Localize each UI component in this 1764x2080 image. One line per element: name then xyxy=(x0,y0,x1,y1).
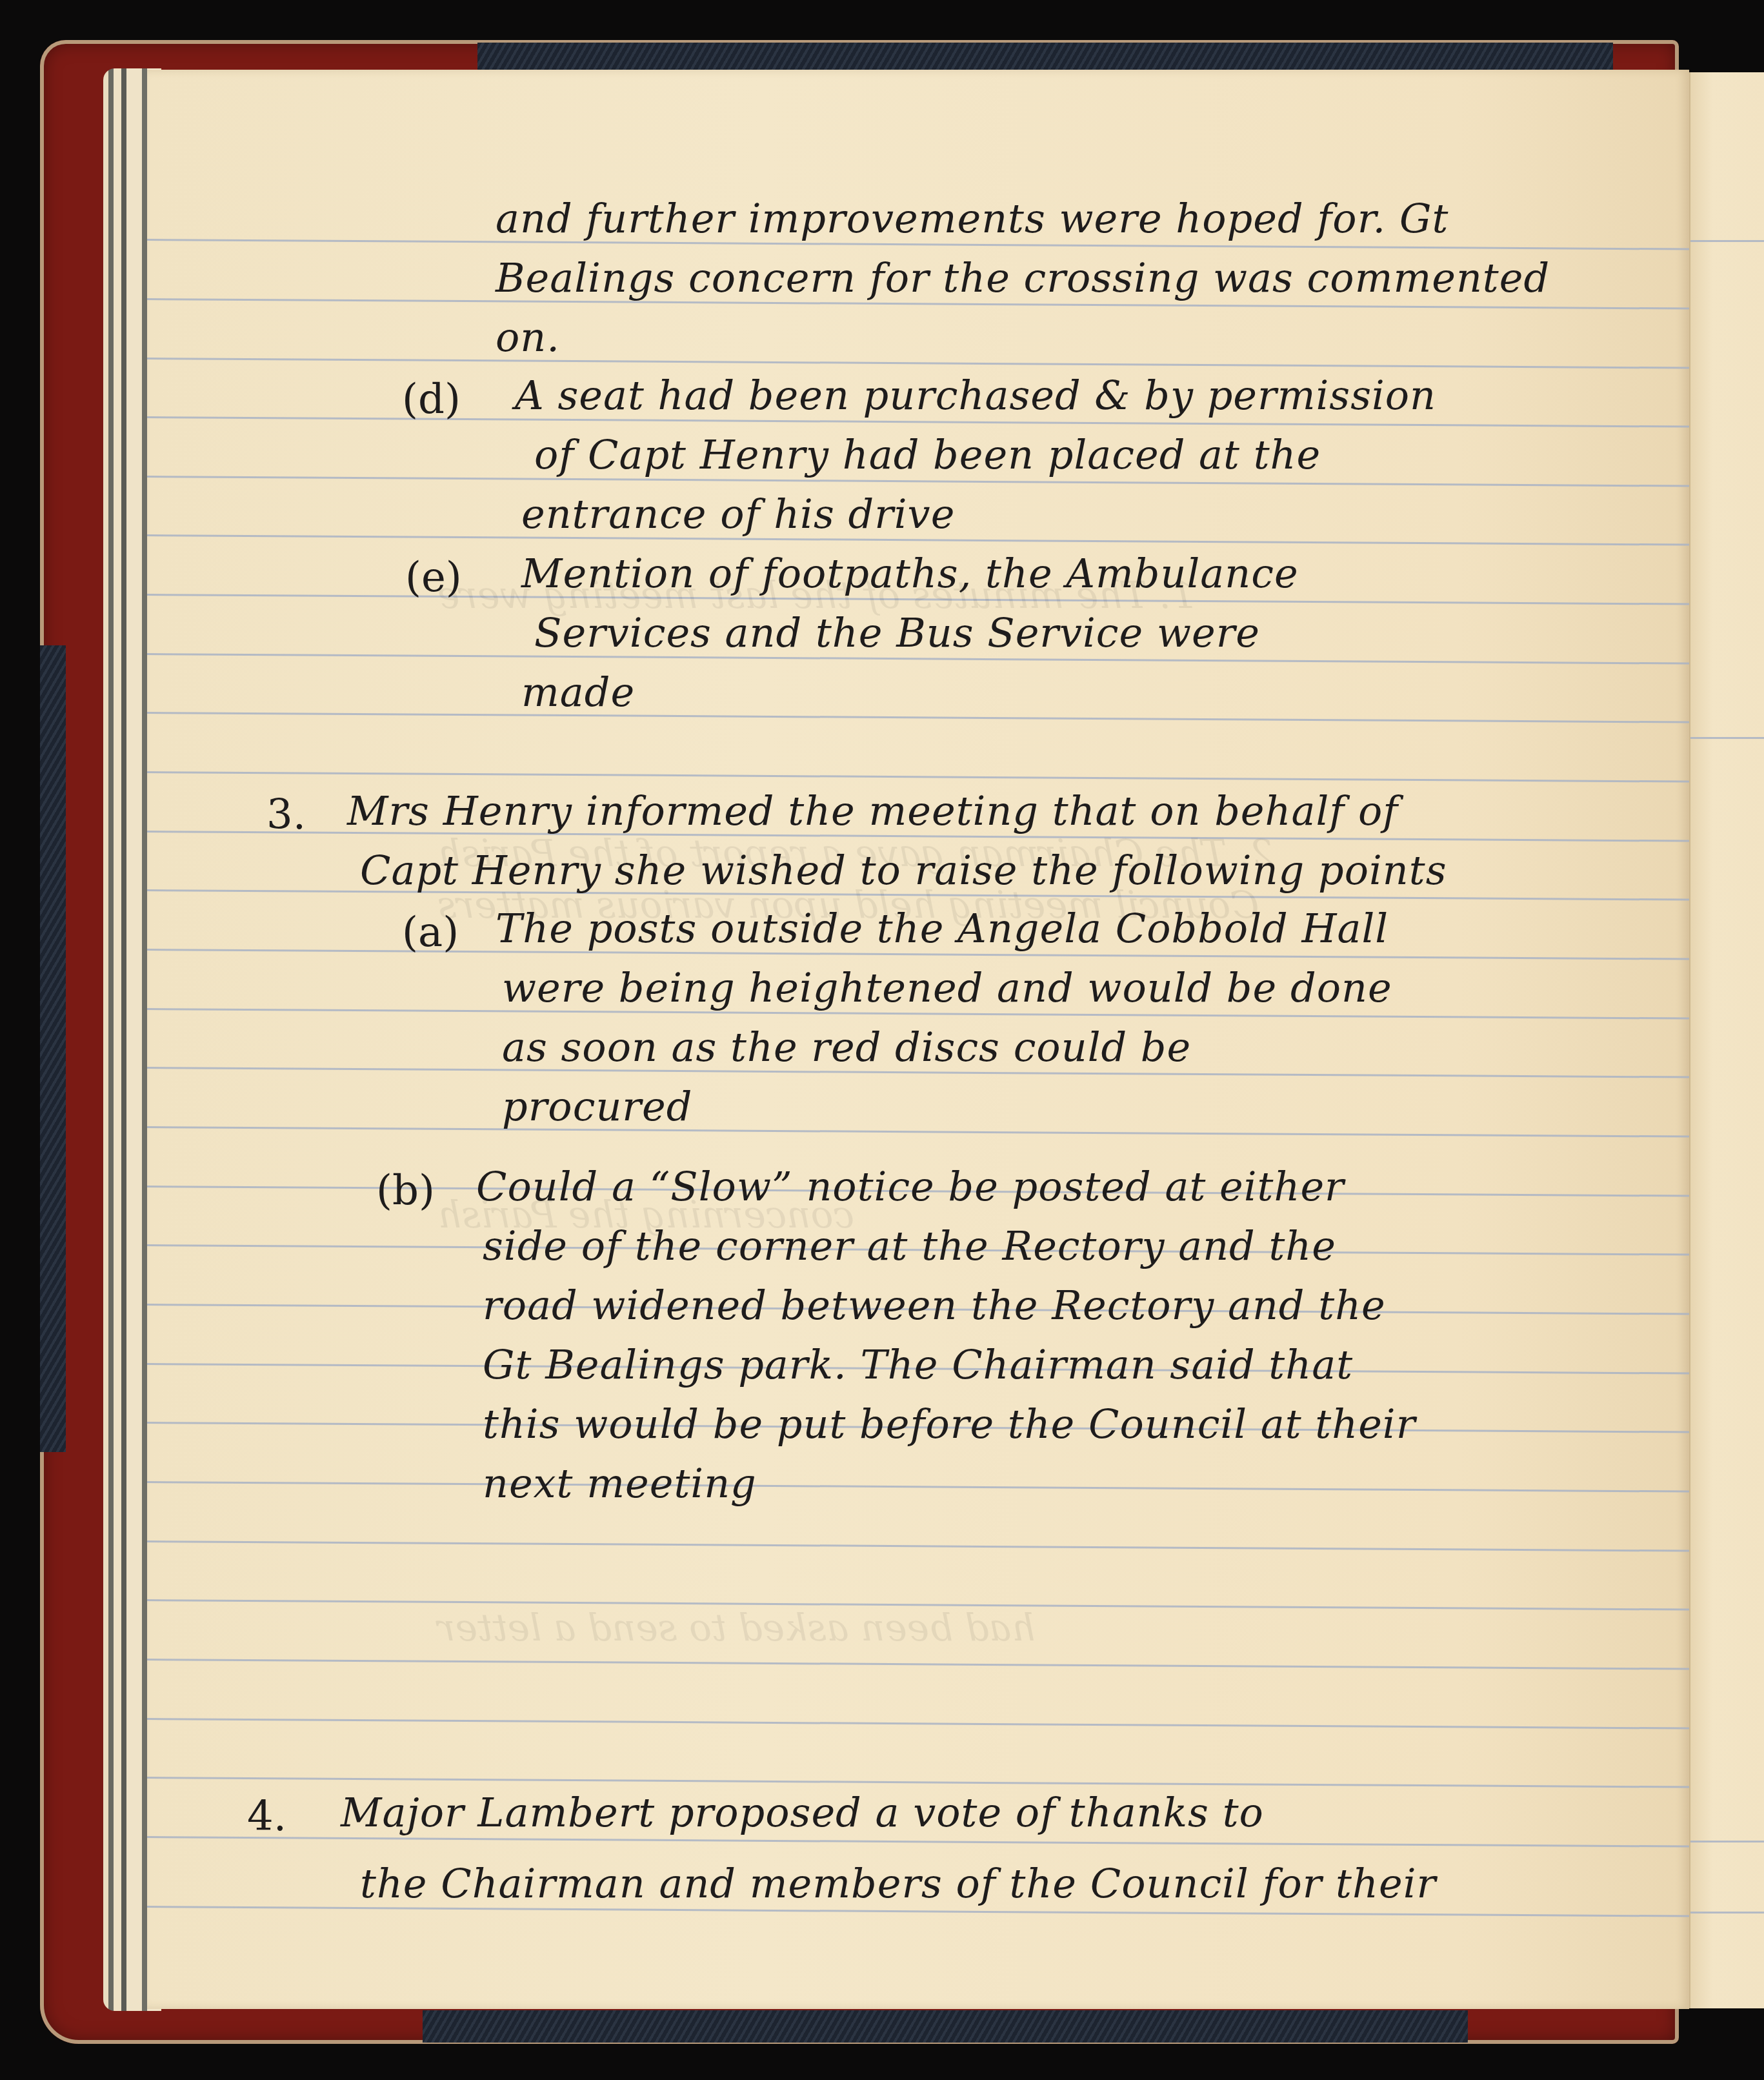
text-line: Could a “Slow” notice be posted at eithe… xyxy=(476,1167,1345,1207)
ruled-line xyxy=(147,1836,1689,1848)
text-line: Major Lambert proposed a vote of thanks … xyxy=(341,1793,1264,1833)
text-line: the Chairman and members of the Council … xyxy=(360,1864,1436,1904)
text-line: procured xyxy=(502,1087,692,1127)
ruled-line xyxy=(147,712,1689,723)
ruled-line xyxy=(147,1126,1689,1138)
book-cloth-top xyxy=(477,43,1613,74)
ruled-line xyxy=(147,1481,1689,1493)
ruled-line xyxy=(147,1777,1689,1788)
ruled-line xyxy=(1690,240,1764,242)
text-line: this would be put before the Council at … xyxy=(483,1404,1416,1444)
ruled-line xyxy=(1690,737,1764,739)
notebook-page: 1. The minutes of the last meeting were … xyxy=(147,70,1689,2009)
text-line: A seat had been purchased & by permissio… xyxy=(515,376,1436,416)
text-line: Mrs Henry informed the meeting that on b… xyxy=(347,791,1398,831)
text-line: of Capt Henry had been placed at the xyxy=(534,435,1321,475)
text-line: Services and the Bus Service were xyxy=(534,613,1260,653)
text-line: The posts outside the Angela Cobbold Hal… xyxy=(496,909,1388,949)
ruled-line xyxy=(147,1906,1689,1917)
text-line: Bealings concern for the crossing was co… xyxy=(496,258,1550,298)
ruled-line xyxy=(1690,1841,1764,1843)
ruled-line xyxy=(147,1540,1689,1552)
book-cloth-bottom xyxy=(423,2010,1468,2043)
item-marker: (b) xyxy=(376,1167,435,1215)
show-through-text: had been asked to send a letter xyxy=(437,1606,1036,1650)
text-line: Gt Bealings park. The Chairman said that xyxy=(483,1345,1353,1385)
text-line: Capt Henry she wished to raise the follo… xyxy=(360,851,1447,891)
item-marker: (e) xyxy=(405,554,462,601)
text-line: next meeting xyxy=(483,1464,757,1504)
facing-page xyxy=(1689,72,1764,2008)
text-line: as soon as the red discs could be xyxy=(502,1027,1191,1067)
text-line: road widened between the Rectory and the xyxy=(483,1286,1386,1326)
item-marker: (a) xyxy=(402,909,459,956)
ruled-line xyxy=(1690,1912,1764,1913)
text-line: entrance of his drive xyxy=(521,494,955,534)
text-line: made xyxy=(521,672,635,712)
item-marker: (d) xyxy=(402,376,461,423)
ruled-line xyxy=(147,1659,1689,1670)
ruled-line xyxy=(147,1718,1689,1730)
ruled-line xyxy=(147,771,1689,783)
text-line: and further improvements were hoped for.… xyxy=(496,199,1448,239)
ruled-line xyxy=(147,358,1689,369)
text-line: were being heightened and would be done xyxy=(502,968,1392,1008)
text-line: side of the corner at the Rectory and th… xyxy=(483,1226,1336,1266)
item-marker: 3. xyxy=(266,791,306,839)
item-marker: 4. xyxy=(247,1793,286,1841)
text-line: on. xyxy=(496,318,560,358)
book-cloth-left xyxy=(40,645,66,1452)
text-line: Mention of footpaths, the Ambulance xyxy=(521,554,1299,594)
